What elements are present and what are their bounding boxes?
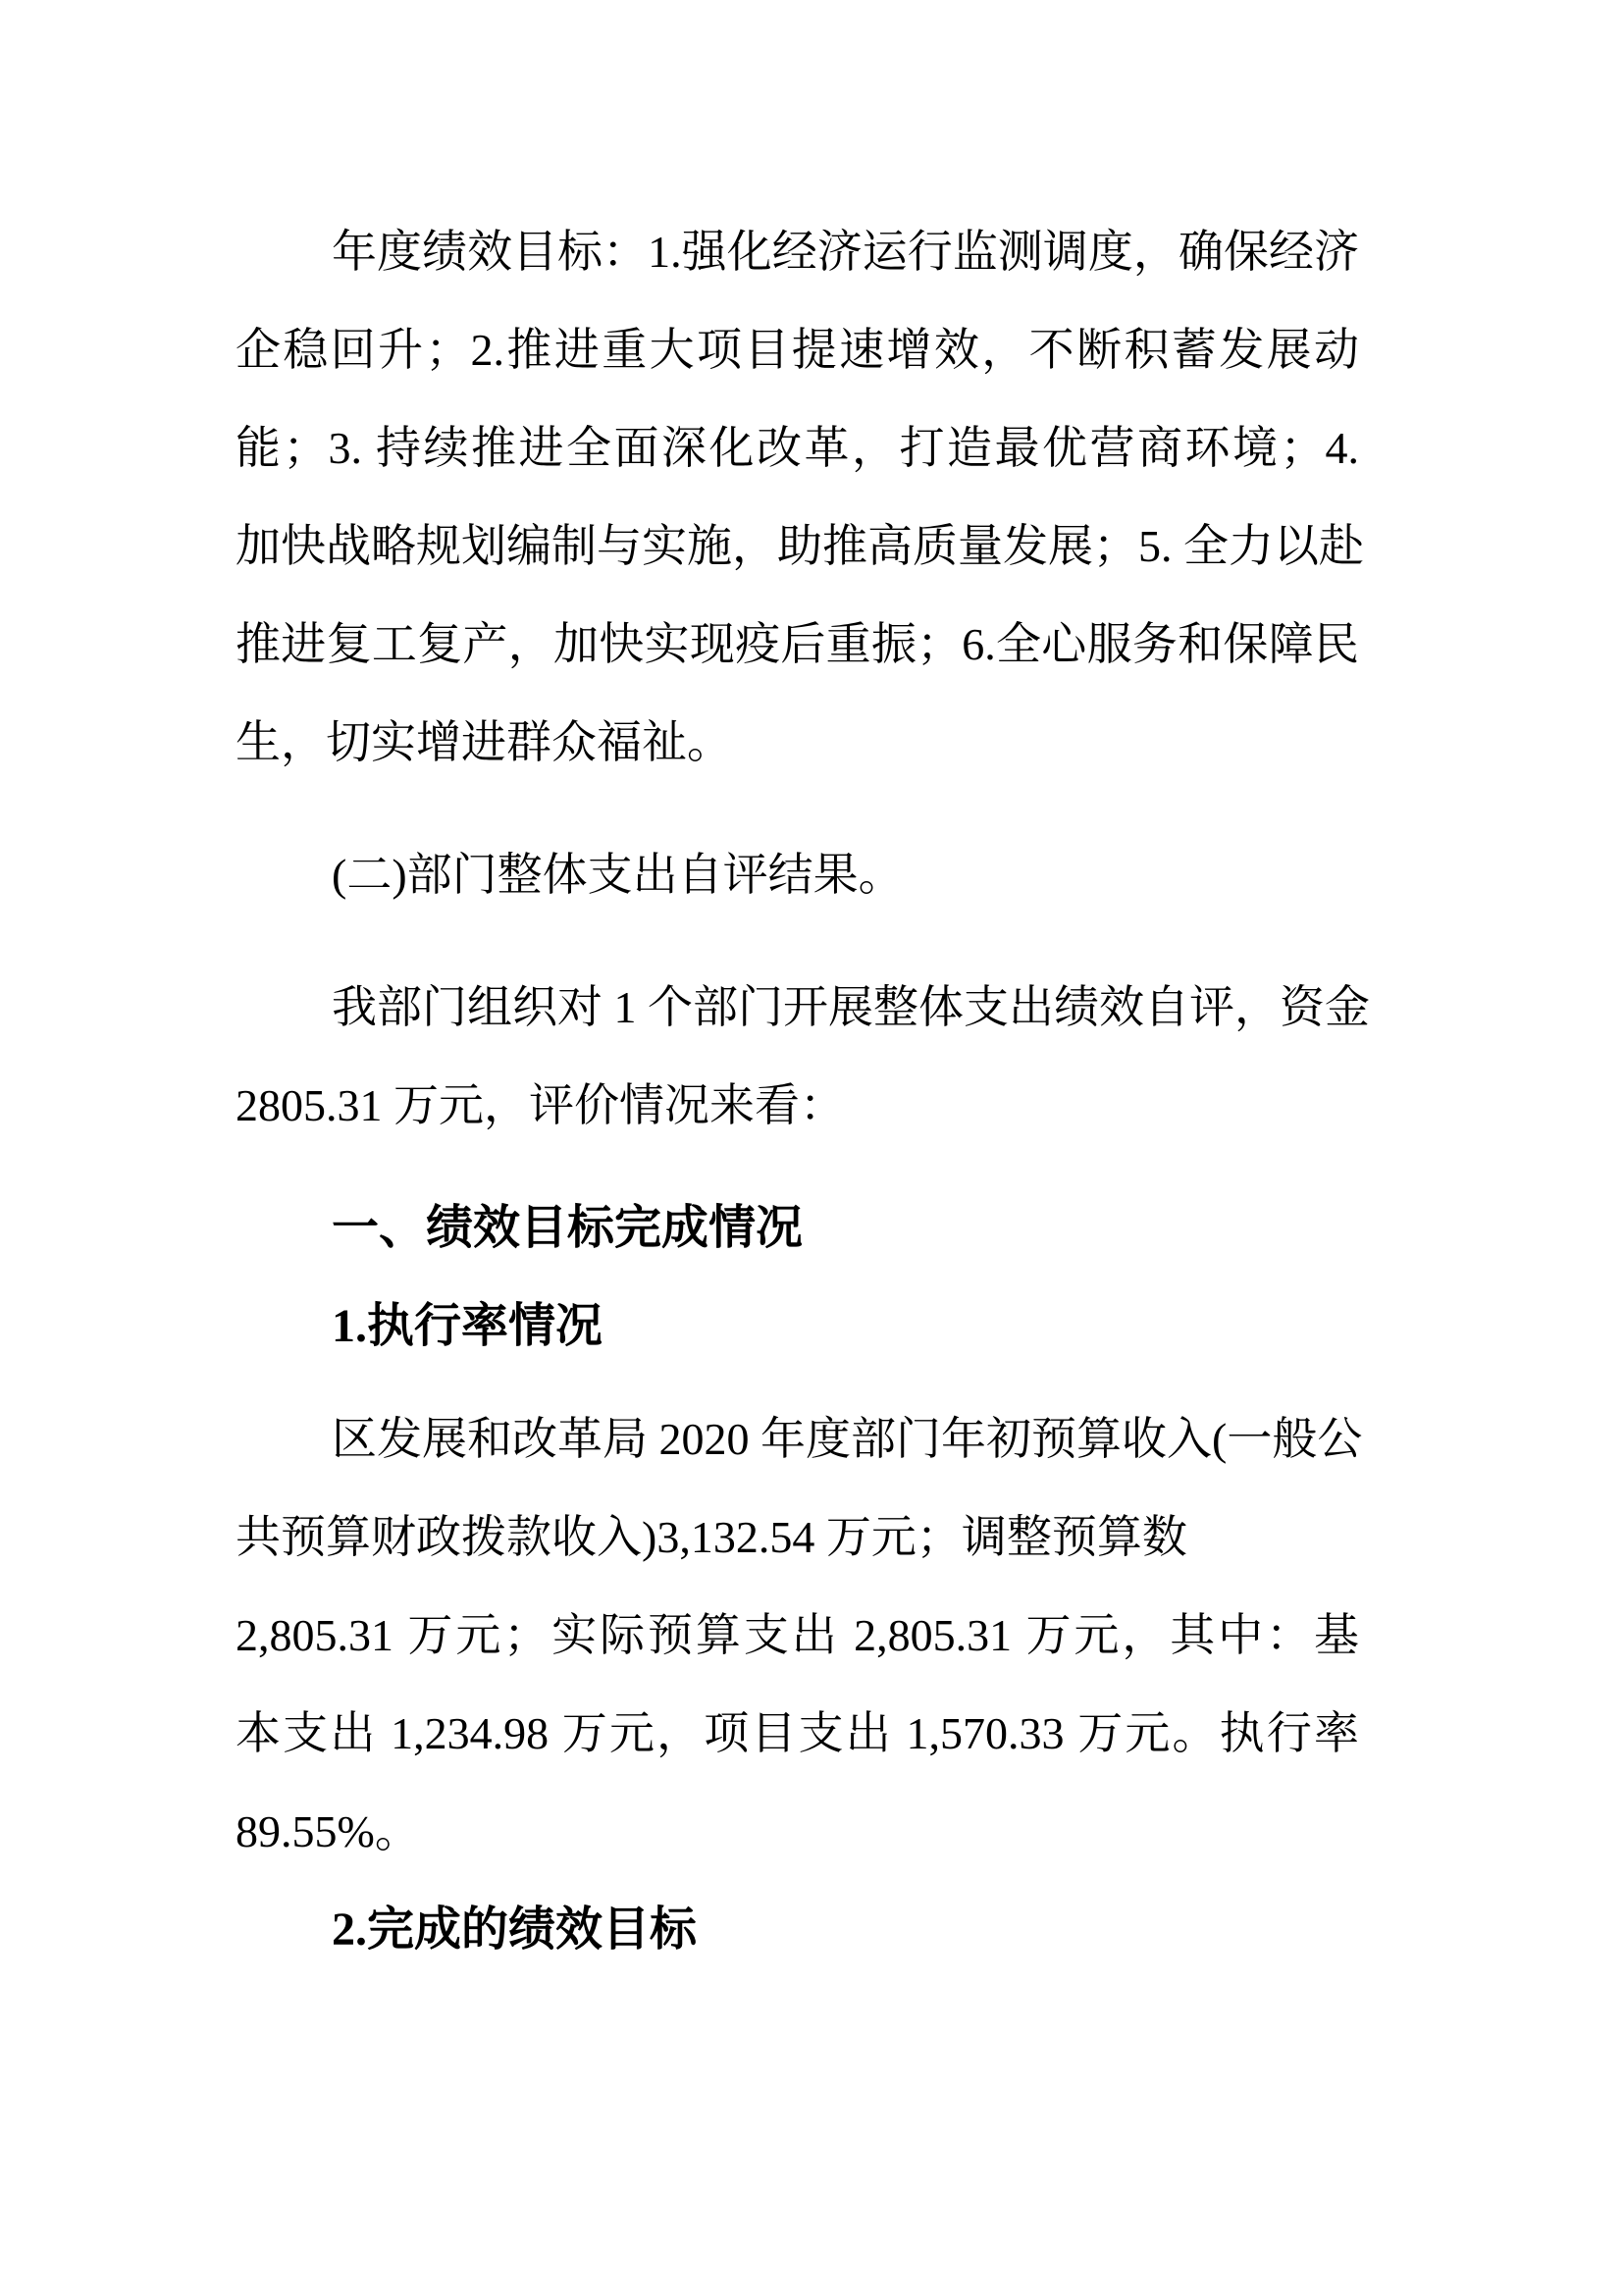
- para-section-two-title: (二)部门整体支出自评结果。: [236, 826, 1359, 924]
- text-line: 2,805.31 万元；实际预算支出 2,805.31 万元，其中：基: [236, 1587, 1359, 1685]
- text-line: 1.执行率情况: [236, 1278, 1359, 1376]
- text-line: 企稳回升；2.推进重大项目提速增效，不断积蓄发展动: [236, 301, 1359, 399]
- text-line: 一、绩效目标完成情况: [236, 1179, 1359, 1278]
- text-line: 2805.31 万元，评价情况来看：: [236, 1057, 1359, 1155]
- text-line: 加快战略规划编制与实施，助推高质量发展；5. 全力以赴: [236, 497, 1359, 596]
- text-line: 能；3. 持续推进全面深化改革，打造最优营商环境；4.: [236, 399, 1359, 497]
- heading-performance-goal-completion: 一、绩效目标完成情况: [236, 1179, 1359, 1278]
- text-line: (二)部门整体支出自评结果。: [236, 826, 1359, 924]
- text-line: 生，切实增进群众福祉。: [236, 694, 1359, 792]
- heading-completed-performance-goals: 2.完成的绩效目标: [236, 1881, 1359, 1979]
- text-line: 我部门组织对 1 个部门开展整体支出绩效自评，资金: [236, 959, 1359, 1057]
- para-self-evaluation-summary: 我部门组织对 1 个部门开展整体支出绩效自评，资金2805.31 万元，评价情况…: [236, 959, 1359, 1155]
- document-page: 年度绩效目标：1.强化经济运行监测调度，确保经济企稳回升；2.推进重大项目提速增…: [0, 0, 1624, 2296]
- para-annual-performance-goals: 年度绩效目标：1.强化经济运行监测调度，确保经济企稳回升；2.推进重大项目提速增…: [236, 203, 1359, 792]
- text-line: 共预算财政拨款收入)3,132.54 万元；调整预算数: [236, 1488, 1359, 1587]
- text-line: 2.完成的绩效目标: [236, 1881, 1359, 1979]
- heading-execution-rate: 1.执行率情况: [236, 1278, 1359, 1376]
- text-line: 区发展和改革局 2020 年度部门年初预算收入(一般公: [236, 1390, 1359, 1488]
- text-line: 本支出 1,234.98 万元，项目支出 1,570.33 万元。执行率: [236, 1685, 1359, 1783]
- text-line: 推进复工复产，加快实现疫后重振；6.全心服务和保障民: [236, 596, 1359, 694]
- text-line: 89.55%。: [236, 1783, 1359, 1881]
- para-execution-rate-details: 区发展和改革局 2020 年度部门年初预算收入(一般公共预算财政拨款收入)3,1…: [236, 1390, 1359, 1881]
- text-line: 年度绩效目标：1.强化经济运行监测调度，确保经济: [236, 203, 1359, 301]
- document-content: 年度绩效目标：1.强化经济运行监测调度，确保经济企稳回升；2.推进重大项目提速增…: [236, 203, 1359, 1979]
